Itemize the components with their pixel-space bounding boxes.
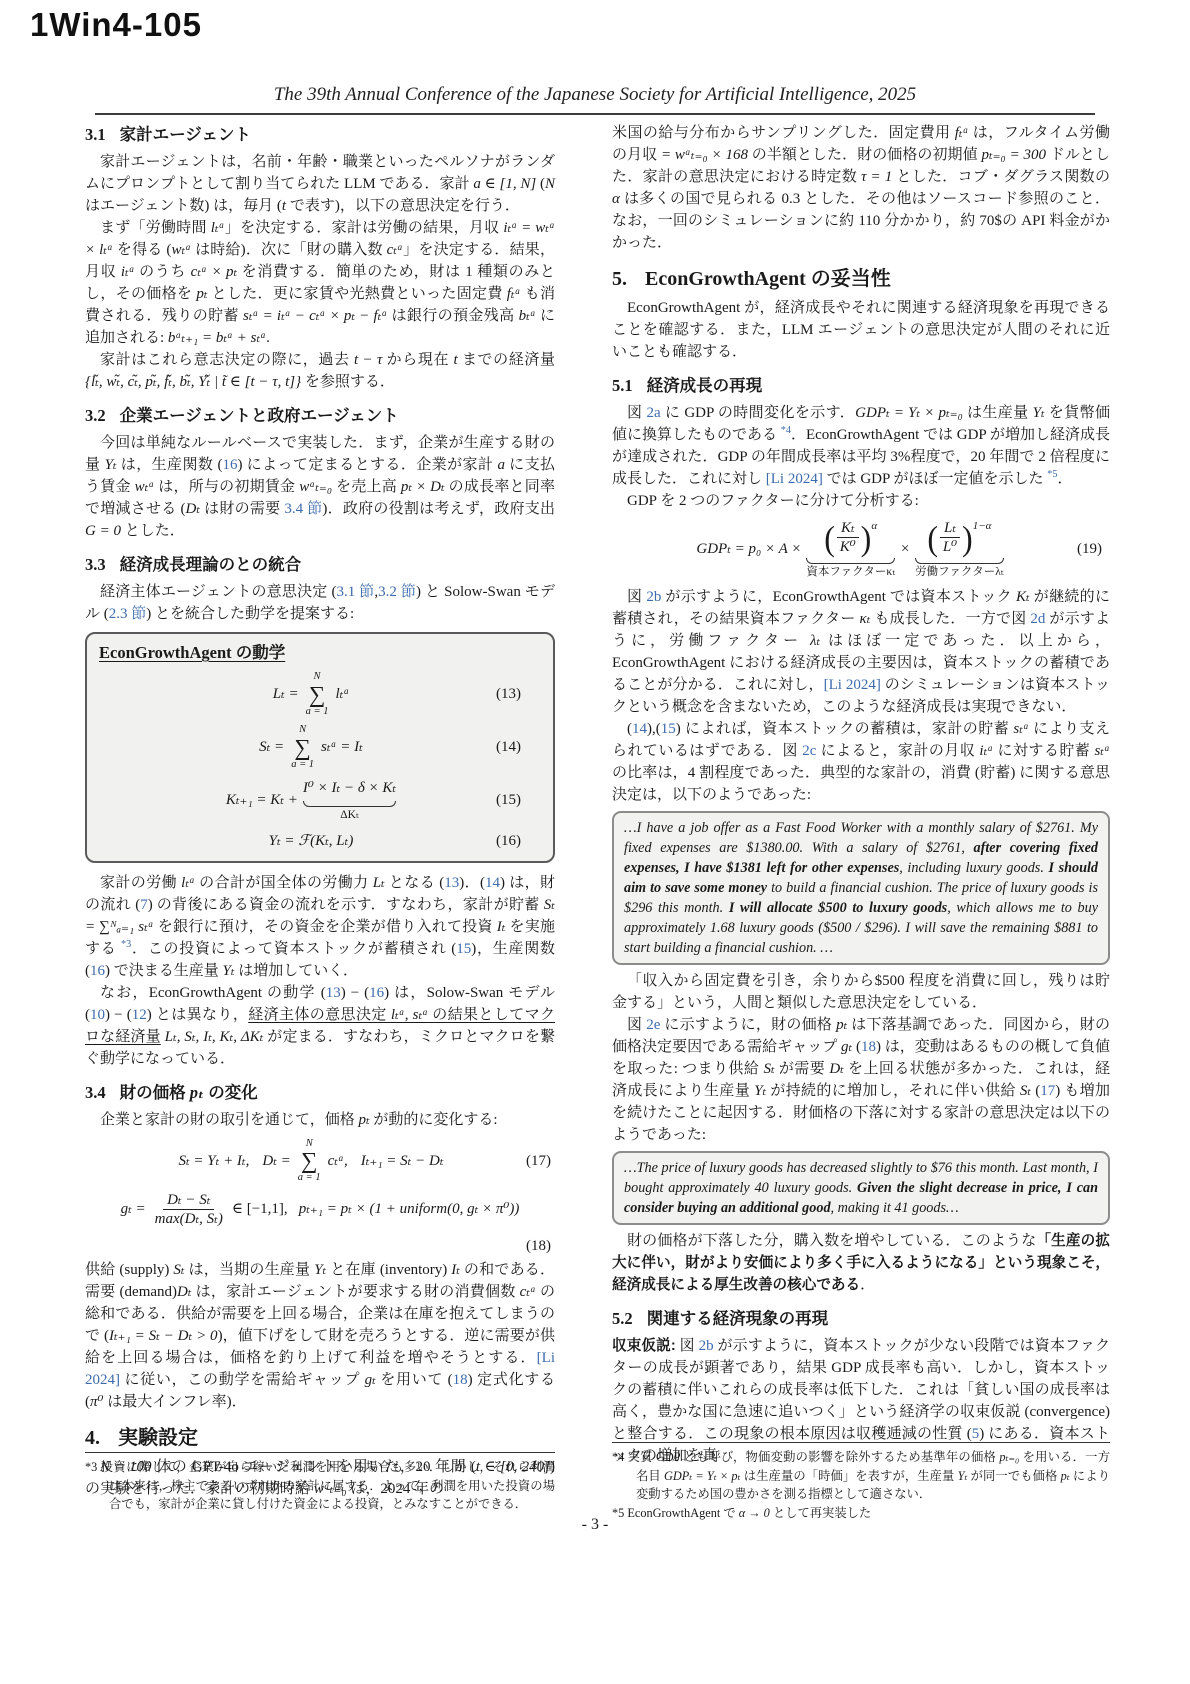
- text-segment: pₜ: [358, 1112, 369, 1128]
- text-segment: が動的に変化する:: [370, 1112, 498, 1128]
- text-segment: 収束仮説:: [612, 1338, 676, 1354]
- text-segment: 米国の給与分布からサンプリングした．固定費用: [612, 125, 955, 141]
- underbrace-icon: [303, 801, 396, 807]
- section-heading-5-2: 5.2関連する経済現象の再現: [612, 1308, 1110, 1330]
- text-segment: pₜ: [1061, 1469, 1070, 1483]
- text-segment: なお，EconGrowthAgent の動学 (: [100, 985, 326, 1001]
- paper-id: 1Win4-105: [30, 6, 202, 44]
- ref-link[interactable]: 12: [132, 1007, 147, 1023]
- ref-link[interactable]: 13: [326, 985, 341, 1001]
- text-segment: は銀行の預金残高: [387, 308, 518, 324]
- text-segment: を参照する．: [301, 374, 395, 390]
- text-segment: pₜ₌₀ = 300: [981, 147, 1046, 163]
- text-segment: Yₜ: [314, 1262, 326, 1278]
- text-segment: を売上高: [332, 479, 401, 495]
- text-segment: に示すように，財の価格: [660, 1017, 836, 1033]
- right-paren: ): [861, 520, 872, 555]
- sum-lower-limit: a = 1: [291, 759, 314, 771]
- eq13-lhs: Lₜ =: [273, 683, 299, 705]
- text-segment: ) によって定まるとする．企業が家計: [237, 457, 497, 473]
- equation-number: (14): [496, 736, 521, 758]
- paragraph: 今回は単純なルールベースで実装した．まず，企業が生産する財の量 Yₜ は，生産関…: [85, 432, 555, 542]
- underbrace-group: I⁰ × Iₜ − δ × Kₜ ΔKₜ: [303, 777, 396, 822]
- text-segment: *3 投資に際して，企業が自ら稼いだ利潤を用いる場合も多い．しかし，それら利潤は…: [85, 1460, 555, 1511]
- text-segment: Dₜ: [186, 501, 201, 517]
- underbrace-label: 資本ファクターκₜ: [806, 565, 895, 579]
- underbrace-icon: [806, 558, 895, 564]
- text-segment: は生産量: [963, 405, 1033, 421]
- ref-link[interactable]: 2a: [647, 405, 661, 421]
- ref-link[interactable]: [Li 2024]: [824, 677, 881, 693]
- text-segment: Yₜ: [754, 1083, 766, 1099]
- text-segment: 供給 (supply): [85, 1262, 173, 1278]
- text-segment: 財の価格が下落した分，購入数を増やしている．このような: [627, 1233, 1036, 1249]
- text-segment: lₜᵃ: [181, 875, 195, 891]
- ref-link[interactable]: 7: [140, 897, 148, 913]
- paragraph: 企業と家計の財の取引を通じて，価格 pₜ が動的に変化する:: [85, 1109, 555, 1131]
- text-segment: a: [497, 457, 505, 473]
- ref-link[interactable]: 2e: [646, 1017, 660, 1033]
- text-segment: pₜ: [196, 286, 207, 302]
- equation-16: Yₜ = ℱ(Kₜ, Lₜ) (16): [99, 830, 523, 852]
- sum-lower-limit: a = 1: [298, 1172, 321, 1184]
- section-heading-3-2: 3.2企業エージェントと政府エージェント: [85, 405, 555, 427]
- underbrace-label: ΔKₜ: [340, 808, 359, 822]
- eq14-lhs: Sₜ =: [259, 736, 284, 758]
- text-segment: Lₜ, Sₜ, Iₜ, Kₜ, ΔKₜ: [165, 1029, 264, 1045]
- text-segment: はエージェント数) は，毎月 (: [85, 198, 282, 214]
- text-segment: が示すように，EconGrowthAgent では資本ストック: [661, 589, 1016, 605]
- paragraph: 米国の給与分布からサンプリングした．固定費用 fₜᵃ は，フルタイム労働の月収 …: [612, 122, 1110, 254]
- text-segment: Yₜ: [958, 1469, 968, 1483]
- text-segment: (: [536, 176, 545, 192]
- ref-link[interactable]: 18: [861, 1039, 876, 1055]
- text-segment: は，家計エージェントが要求する財の消費個数: [192, 1284, 520, 1300]
- summation-symbol: N ∑ a = 1: [306, 671, 329, 717]
- paragraph: 「収入から固定費を引き，余りから$500 程度を消費に回し，残りは貯金する」とい…: [612, 970, 1110, 1014]
- text-segment: GDP を 2 つのファクターに分けて分析する:: [627, 493, 919, 509]
- equation-13: Lₜ = N ∑ a = 1 lₜᵃ (13): [99, 671, 523, 717]
- section-number: 3.4: [85, 1083, 106, 1102]
- text-segment: は財の需要: [200, 501, 284, 517]
- dynamics-box-title: EconGrowthAgent の動学: [99, 642, 541, 664]
- text-segment: 図: [627, 405, 647, 421]
- eq16-body: Yₜ = ℱ(Kₜ, Lₜ): [269, 830, 354, 852]
- section-title: EconGrowthAgent の妥当性: [645, 268, 891, 290]
- text-segment: fₜᵃ: [507, 286, 521, 302]
- footnote-rule: [612, 1442, 1110, 1443]
- fraction-denominator: max(Dₜ, Sₜ): [153, 1210, 225, 1228]
- ref-link[interactable]: 16: [90, 963, 105, 979]
- equation-number: (18): [85, 1235, 551, 1257]
- eq15-expr: I⁰ × Iₜ − δ × Kₜ: [303, 777, 396, 799]
- text-segment: GDPₜ = Yₜ × pₜ₌₀: [855, 405, 963, 421]
- equation-number: (15): [496, 789, 521, 811]
- dynamics-box: EconGrowthAgent の動学 Lₜ = N ∑ a = 1 lₜᵃ (…: [85, 632, 555, 863]
- text-segment: α: [612, 191, 620, 207]
- text-segment: cₜᵃ: [520, 1284, 536, 1300]
- text-segment: Iₜ: [451, 1262, 460, 1278]
- llm-decision-quote-1: …I have a job offer as a Fast Food Worke…: [612, 811, 1110, 965]
- text-segment: Dₜ: [829, 1061, 844, 1077]
- ref-link[interactable]: 16: [369, 985, 384, 1001]
- text-segment: *4 実質 GDP とも呼び，物価変動の影響を除外するため基準年の価格: [612, 1450, 999, 1464]
- equation-number: (16): [496, 830, 521, 852]
- text-segment: GDPₜ = Yₜ × pₜ: [664, 1469, 741, 1483]
- text-segment: Kₜ: [1016, 589, 1030, 605]
- text-segment: は最大インフレ率)．: [104, 1394, 247, 1410]
- text-segment: ) で決まる生産量: [105, 963, 223, 979]
- footnote-4: *4 実質 GDP とも呼び，物価変動の影響を除外するため基準年の価格 pₜ₌₀…: [612, 1448, 1110, 1504]
- left-paren: (: [927, 520, 938, 555]
- text-segment: ) − (: [105, 1007, 132, 1023]
- equation-18: gₜ = Dₜ − Sₜ max(Dₜ, Sₜ) ∈ [−1,1], pₜ₊₁ …: [85, 1191, 555, 1228]
- eq14-rhs: sₜᵃ = Iₜ: [321, 736, 363, 758]
- paragraph: 家計エージェントは，名前・年齢・職業といったペルソナがランダムにプロンプトとして…: [85, 151, 555, 217]
- text-segment: G = 0: [85, 523, 121, 539]
- text-segment: bᵃₜ₊₁ = bₜᵃ + sₜᵃ: [168, 330, 266, 346]
- text-segment: が同一でも価格: [967, 1469, 1060, 1483]
- text-segment: pₜ: [836, 1017, 847, 1033]
- text-segment: lₜᵃ, sₜᵃ: [391, 1007, 428, 1023]
- ref-link[interactable]: 18: [453, 1372, 468, 1388]
- sum-upper-limit: N: [314, 671, 321, 683]
- exponent: 1−α: [973, 515, 992, 537]
- text-segment: 図: [627, 589, 646, 605]
- fraction-numerator: Dₜ − Sₜ: [163, 1191, 214, 1210]
- page-number: - 3 -: [0, 1516, 1190, 1534]
- text-segment: Sₜ: [763, 1061, 774, 1077]
- times-operator: ×: [900, 538, 910, 560]
- text-segment: ) の背後にある資金の流れを示す．すなわち，家計が貯蓄: [148, 897, 544, 913]
- text-segment: によると，家計の月収: [816, 743, 979, 759]
- text-segment: までの経済量: [458, 352, 555, 368]
- text-segment: , making it 41 goods…: [831, 1200, 959, 1216]
- text-segment: 」を決定する．家計は労働の結果，月収: [225, 220, 504, 236]
- equation-14: Sₜ = N ∑ a = 1 sₜᵃ = Iₜ (14): [99, 724, 523, 770]
- text-segment: ．この投資によって資本ストックが蓄積され (: [131, 941, 456, 957]
- text-segment: gₜ: [365, 1372, 376, 1388]
- text-segment: は増加していく．: [235, 963, 358, 979]
- right-column: 米国の給与分布からサンプリングした．固定費用 fₜᵃ は，フルタイム労働の月収 …: [612, 122, 1110, 1467]
- section-title: 経済成長理論のとの統合: [120, 555, 302, 574]
- equation-number: (13): [496, 683, 521, 705]
- text-segment: 経済主体の意思決定: [248, 1007, 391, 1023]
- text-segment: )．(: [459, 875, 485, 891]
- section-number: 4.: [85, 1427, 100, 1449]
- left-footnotes: *3 投資に際して，企業が自ら稼いだ利潤を用いる場合も多い．しかし，それら利潤は…: [85, 1452, 555, 1514]
- ref-link[interactable]: 2b: [699, 1338, 714, 1354]
- section-number: 5.2: [612, 1309, 633, 1328]
- text-segment: は，生産関数 (: [117, 457, 223, 473]
- text-segment: は時給)．次に「財の購入数: [191, 242, 387, 258]
- text-segment: N: [545, 176, 555, 192]
- paragraph: 家計の労働 lₜᵃ の合計が国全体の労働力 Lₜ となる (13)．(14) は…: [85, 872, 555, 982]
- footnote-ref-link[interactable]: *5: [1047, 469, 1057, 480]
- text-segment: 企業と家計の財の取引を通じて，価格: [100, 1112, 358, 1128]
- eq15-lhs: Kₜ₊₁ = Kₜ +: [226, 789, 298, 811]
- fraction: Dₜ − Sₜ max(Dₜ, Sₜ): [153, 1191, 225, 1228]
- text-segment: ) によれば，資本ストックの蓄積は，家計の貯蓄: [676, 721, 1014, 737]
- text-segment: gₜ: [841, 1039, 852, 1055]
- text-segment: sₜᵃ: [1094, 743, 1110, 759]
- ref-link[interactable]: 15: [456, 941, 471, 957]
- paragraph: 供給 (supply) Sₜ は，当期の生産量 Yₜ と在庫 (inventor…: [85, 1259, 555, 1413]
- section-title: 企業エージェントと政府エージェント: [120, 406, 399, 425]
- text-segment: Yₜ: [105, 457, 117, 473]
- text-segment: )．政府の役割は考えず，政府支出: [322, 501, 555, 517]
- text-segment: cₜᵃ × pₜ: [191, 264, 238, 280]
- paragraph: 財の価格が下落した分，購入数を増やしている．このような「生産の拡大に伴い，財がよ…: [612, 1230, 1110, 1296]
- text-segment: ．: [860, 1277, 875, 1293]
- ref-link[interactable]: 15: [661, 721, 676, 737]
- footnote-3: *3 投資に際して，企業が自ら稼いだ利潤を用いる場合も多い．しかし，それら利潤は…: [85, 1458, 555, 1514]
- section-title: 財の価格 pₜ の変化: [120, 1083, 258, 1102]
- eq17-part-a: Sₜ = Yₜ + Iₜ,: [178, 1150, 249, 1172]
- text-segment: cₜᵃ: [387, 242, 403, 258]
- fraction: Kₜ K⁰: [837, 519, 859, 556]
- eq18-lhs: gₜ =: [121, 1198, 146, 1220]
- text-segment: は生産量の「時価」を表すが，生産量: [741, 1469, 958, 1483]
- paragraph: 図 2b が示すように，EconGrowthAgent では資本ストック Kₜ …: [612, 586, 1110, 718]
- text-segment: {lₜ̃, wₜ̃, cₜ̃, pₜ̃, fₜ̃, bₜ̃, Yₜ̃ | t̃ …: [85, 374, 301, 390]
- equation-number: (19): [1077, 538, 1102, 560]
- fraction-numerator: Lₜ: [940, 519, 960, 538]
- equation-17: Sₜ = Yₜ + Iₜ, Dₜ = N ∑ a = 1 cₜᵃ, Iₜ₊₁ =…: [85, 1138, 537, 1184]
- footnote-ref-link[interactable]: *4: [781, 425, 791, 436]
- ref-link[interactable]: 2.3 節: [109, 606, 147, 622]
- text-segment: wᵃₜ₌₀: [299, 479, 332, 495]
- text-segment: ),(: [647, 721, 661, 737]
- text-segment: を得る (: [113, 242, 172, 258]
- section-number: 3.3: [85, 555, 106, 574]
- paragraph: 図 2e に示すように，財の価格 pₜ は下落基調であった．同図から，財の価格決…: [612, 1014, 1110, 1146]
- section-number: 5.: [612, 268, 627, 290]
- section-heading-5: 5.EconGrowthAgent の妥当性: [612, 268, 1110, 290]
- footnote-rule: [85, 1452, 555, 1453]
- eq17-part-b: Dₜ =: [262, 1150, 290, 1172]
- text-segment: も成長した．一方で図: [870, 611, 1030, 627]
- underbrace-label: 労働ファクターλₜ: [915, 565, 1003, 579]
- text-segment: では GDP がほぼ一定値を示した: [823, 471, 1047, 487]
- paragraph: (14),(15) によれば，資本ストックの蓄積は，家計の貯蓄 sₜᵃ により支…: [612, 718, 1110, 806]
- text-segment: は多くの国で見られる 0.3 とした．その他はソースコード参照のこと．なお，一回…: [612, 191, 1110, 251]
- text-segment: の合計が国全体の労働力: [195, 875, 373, 891]
- fraction-denominator: K⁰: [838, 538, 858, 556]
- text-segment: に従い，この動学を需給ギャップ: [120, 1372, 365, 1388]
- ref-link[interactable]: 3.2 節: [378, 584, 416, 600]
- eq17-part-c: cₜᵃ,: [328, 1150, 348, 1172]
- labor-factor-group: ( Lₜ L⁰ ) 1−α 労働ファクターλₜ: [915, 519, 1003, 579]
- text-segment: iₜᵃ: [121, 264, 135, 280]
- section-title: 家計エージェント: [120, 125, 251, 144]
- text-segment: は，当期の生産量: [185, 1262, 315, 1278]
- text-segment: 経済主体エージェントの意思決定 (: [100, 584, 336, 600]
- footnote-ref-link[interactable]: *3: [121, 939, 131, 950]
- eq17-part-d: Iₜ₊₁ = Sₜ − Dₜ: [361, 1150, 444, 1172]
- eq18-rhs: pₜ₊₁ = pₜ × (1 + uniform(0, gₜ × π⁰)): [299, 1198, 520, 1220]
- text-segment: ) とは異なり，: [147, 1007, 248, 1023]
- paragraph: 家計はこれら意志決定の際に，過去 t − τ から現在 t までの経済量 {lₜ…: [85, 349, 555, 393]
- section-heading-3-1: 3.1家計エージェント: [85, 124, 555, 146]
- text-segment: pₜ₌₀: [999, 1450, 1019, 1464]
- section-number: 3.1: [85, 125, 106, 144]
- ref-link[interactable]: 14: [632, 721, 647, 737]
- text-segment: ．: [1057, 471, 1072, 487]
- text-segment: 家計の労働: [100, 875, 181, 891]
- text-segment: κₜ: [860, 611, 871, 627]
- text-segment: は，所与の初期賃金: [154, 479, 299, 495]
- text-segment: Sₜ: [173, 1262, 184, 1278]
- text-segment: a ∈ [1, N]: [473, 176, 536, 192]
- left-column: 3.1家計エージェント 家計エージェントは，名前・年齢・職業といったペルソナがラ…: [85, 122, 555, 1500]
- text-segment: pₜ: [190, 1083, 204, 1102]
- ref-link[interactable]: 10: [90, 1007, 105, 1023]
- paper-page: 1Win4-105 The 39th Annual Conference of …: [0, 0, 1190, 1684]
- text-segment: に対する貯蓄: [993, 743, 1094, 759]
- text-segment: とした．: [121, 523, 185, 539]
- text-segment: (: [852, 1039, 861, 1055]
- text-segment: EconGrowthAgent が，経済成長やそれに関連する経済現象を再現できる…: [612, 300, 1110, 360]
- text-segment: ) とを統合した動学を提案する:: [146, 606, 354, 622]
- ref-link[interactable]: 16: [222, 457, 237, 473]
- text-segment: が持続的に増加し，それに伴い供給: [766, 1083, 1020, 1099]
- eq13-rhs: lₜᵃ: [335, 683, 349, 705]
- text-segment: で表す)，以下の意思決定を行う．: [286, 198, 520, 214]
- text-segment: I will allocate $500 to luxury goods: [729, 900, 947, 916]
- sum-upper-limit: N: [299, 724, 306, 736]
- ref-link[interactable]: [Li 2024]: [766, 471, 823, 487]
- text-segment: π⁰: [90, 1394, 104, 1410]
- summation-symbol: N ∑ a = 1: [291, 724, 314, 770]
- text-segment: lₜᵃ: [211, 220, 225, 236]
- paragraph: EconGrowthAgent が，経済成長やそれに関連する経済現象を再現できる…: [612, 297, 1110, 363]
- text-segment: λₜ: [810, 633, 820, 649]
- text-segment: = wᵃₜ₌₀ × 168: [661, 147, 748, 163]
- section-number: 5.1: [612, 376, 633, 395]
- eq19-lhs: GDPₜ = p₀ × A ×: [696, 538, 801, 560]
- text-segment: wₜᵃ: [171, 242, 191, 258]
- capital-factor-group: ( Kₜ K⁰ ) α 資本ファクターκₜ: [806, 519, 895, 579]
- section-title: 関連する経済現象の再現: [647, 1309, 829, 1328]
- equation-number: (17): [526, 1150, 551, 1172]
- text-segment: と在庫 (inventory): [326, 1262, 451, 1278]
- section-number: 3.2: [85, 406, 106, 425]
- equation-15: Kₜ₊₁ = Kₜ + I⁰ × Iₜ − δ × Kₜ ΔKₜ (15): [99, 777, 523, 822]
- text-segment: pₜ × Dₜ: [401, 479, 445, 495]
- text-segment: bₜᵃ: [519, 308, 536, 324]
- summation-symbol: N ∑ a = 1: [298, 1138, 321, 1184]
- text-segment: iₜᵃ: [979, 743, 993, 759]
- text-segment: τ = 1: [861, 169, 892, 185]
- paragraph: 経済主体エージェントの意思決定 (3.1 節,3.2 節) と Solow-Sw…: [85, 581, 555, 625]
- section-title: 実験設定: [118, 1427, 198, 1449]
- text-segment: ) − (: [341, 985, 369, 1001]
- text-segment: 図: [627, 1017, 646, 1033]
- text-segment: Lₜ: [373, 875, 385, 891]
- text-segment: の半額とした．財の価格の初期値: [748, 147, 981, 163]
- paragraph: 図 2a に GDP の時間変化を示す．GDPₜ = Yₜ × pₜ₌₀ は生産…: [612, 402, 1110, 490]
- text-segment: sₜᵃ: [1013, 721, 1029, 737]
- text-segment: に GDP の時間変化を示す．: [661, 405, 855, 421]
- sigma-icon: ∑: [309, 683, 325, 706]
- text-segment: .: [266, 330, 270, 346]
- ref-link[interactable]: 2d: [1030, 611, 1045, 627]
- text-segment: Iₜ₊₁ = Sₜ − Dₜ > 0: [109, 1328, 218, 1344]
- llm-decision-quote-2: …The price of luxury goods has decreased…: [612, 1151, 1110, 1225]
- text-segment: 図: [676, 1338, 699, 1354]
- fraction-denominator: L⁰: [941, 538, 959, 556]
- conference-header: The 39th Annual Conference of the Japane…: [0, 84, 1190, 106]
- text-segment: , including luxury goods.: [899, 860, 1048, 876]
- ref-link[interactable]: 14: [485, 875, 500, 891]
- right-paren: ): [962, 520, 973, 555]
- text-segment: の変化: [204, 1083, 258, 1102]
- text-segment: Yₜ: [1033, 405, 1045, 421]
- text-segment: とした．コブ・ダグラス関数の: [892, 169, 1110, 185]
- text-segment: の比率は，4 割程度であった．典型的な家計の，消費 (貯蓄) に関する意思決定は…: [612, 765, 1110, 803]
- text-segment: 財の価格: [120, 1083, 190, 1102]
- text-segment: wₜᵃ: [135, 479, 155, 495]
- text-segment: まず「労働時間: [100, 220, 211, 236]
- fraction-numerator: Kₜ: [837, 519, 859, 538]
- sigma-icon: ∑: [294, 736, 310, 759]
- text-segment: fₜᵃ: [955, 125, 969, 141]
- text-segment: とした．更に家賃や光熱費といった固定費: [208, 286, 507, 302]
- fraction: Lₜ L⁰: [940, 519, 960, 556]
- text-segment: から現在: [382, 352, 453, 368]
- ref-link[interactable]: 17: [1040, 1083, 1055, 1099]
- section-title: 経済成長の再現: [647, 376, 763, 395]
- ref-link[interactable]: 2c: [802, 743, 816, 759]
- text-segment: を用いて (: [376, 1372, 453, 1388]
- text-segment: 「収入から固定費を引き，余りから$500 程度を消費に回し，残りは貯金する」とい…: [612, 973, 1110, 1011]
- sum-lower-limit: a = 1: [306, 706, 329, 718]
- ref-link[interactable]: 3.1 節: [336, 584, 374, 600]
- exponent: α: [871, 515, 877, 537]
- text-segment: のうち: [135, 264, 191, 280]
- section-heading-5-1: 5.1経済成長の再現: [612, 375, 1110, 397]
- sigma-icon: ∑: [301, 1149, 317, 1172]
- text-segment: 家計はこれら意志決定の際に，過去: [100, 352, 354, 368]
- text-segment: (: [1031, 1083, 1040, 1099]
- equation-19: GDPₜ = p₀ × A × ( Kₜ K⁰ ) α 資本ファクターκₜ × …: [612, 519, 1088, 579]
- paragraph: GDP を 2 つのファクターに分けて分析する:: [612, 490, 1110, 512]
- paragraph: なお，EconGrowthAgent の動学 (13) − (16) は，Sol…: [85, 982, 555, 1070]
- section-heading-4: 4.実験設定: [85, 1427, 555, 1449]
- section-heading-3-4: 3.4財の価格 pₜ の変化: [85, 1082, 555, 1104]
- section-heading-3-3: 3.3経済成長理論のとの統合: [85, 554, 555, 576]
- text-segment: sₜᵃ = iₜᵃ − cₜᵃ × pₜ − fₜᵃ: [243, 308, 387, 324]
- text-segment: Dₜ: [177, 1284, 192, 1300]
- text-segment: t − τ: [354, 352, 382, 368]
- text-segment: となる (: [385, 875, 445, 891]
- text-segment: Yₜ: [223, 963, 235, 979]
- underbrace-icon: [915, 558, 1003, 564]
- text-segment: Sₜ: [1020, 1083, 1031, 1099]
- ref-link[interactable]: 13: [444, 875, 459, 891]
- ref-link[interactable]: 3.4 節: [284, 501, 322, 517]
- text-segment: が需要: [775, 1061, 830, 1077]
- paragraph: まず「労働時間 lₜᵃ」を決定する．家計は労働の結果，月収 iₜᵃ = wₜᵃ …: [85, 217, 555, 349]
- ref-link[interactable]: 2b: [646, 589, 661, 605]
- eq18-membership: ∈ [−1,1],: [232, 1198, 288, 1220]
- left-paren: (: [824, 520, 835, 555]
- header-rule: [95, 113, 1095, 115]
- text-segment: を銀行に預け，その資金を企業が借り入れて投資: [154, 919, 497, 935]
- right-footnotes: *4 実質 GDP とも呼び，物価変動の影響を除外するため基準年の価格 pₜ₌₀…: [612, 1442, 1110, 1522]
